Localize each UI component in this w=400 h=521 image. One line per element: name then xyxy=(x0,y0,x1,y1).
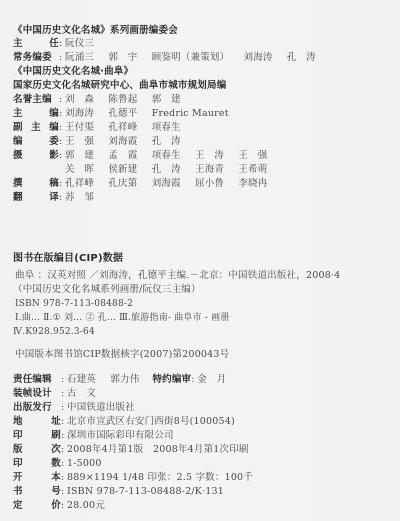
pub-row-book-number: 书 号 : ISBN 978-7-113-08488-2/K·131 xyxy=(13,486,224,498)
credit-row-deputy-editors: 副 主 编 : 王付渠 孔祥峰 项春生 xyxy=(13,122,192,134)
credit-row-writers: 撰 稿 : 孔祥峰 孔庆第 刘海霞 屈小鲁 李晓冉 xyxy=(13,178,278,190)
pub-value: 深圳市国际彩印有限公司 xyxy=(67,430,174,442)
pub-label: 出版发行 xyxy=(13,402,61,414)
credit-row-translator: 翻 译 : 苏 邹 xyxy=(13,192,105,204)
credit-label: 常务编委 xyxy=(13,52,59,64)
pub-label: 装帧设计 xyxy=(13,388,61,400)
pub-label: 特约编审 xyxy=(152,374,191,386)
pub-row-editors: 责任编辑 : 石建英 郭力伟 特约编审 : 金 月 xyxy=(13,374,237,386)
pub-label: 印 数 xyxy=(13,458,61,470)
credit-names: 刘 森 陈鲁起 郭 建 xyxy=(65,94,192,106)
pub-row-print-run: 印 数 : 1-5000 xyxy=(13,458,102,470)
pub-names: 石建英 郭力伟 xyxy=(67,374,150,386)
credit-label: 主 任 xyxy=(13,38,59,50)
credit-names: 王付渠 孔祥峰 项春生 xyxy=(65,122,192,134)
credit-names: 关 晖 侯新建 孔 涛 王海青 王希萌 xyxy=(65,164,278,176)
pub-names: 金 月 xyxy=(197,374,237,386)
pub-row-price: 定 价 : 28.00元 xyxy=(13,500,105,512)
pub-value: 古 文 xyxy=(67,388,96,400)
credit-row-editorial-board: 编 委 : 王 强 刘海霞 孔 涛 xyxy=(13,136,192,148)
pub-row-format: 开 本 : 889×1194 1/48 印张：2.5 字数：100千 xyxy=(13,472,253,484)
cip-line-2: （中国历史文化名城系列画册/阮仪三主编） xyxy=(13,284,201,296)
pub-row-address: 地 址 : 北京市宣武区右安门西街8号(100054) xyxy=(13,416,235,428)
pub-row-publisher: 出版发行 : 中国铁道出版社 xyxy=(13,402,135,414)
pub-value: ISBN 978-7-113-08488-2/K·131 xyxy=(67,486,224,498)
credit-names: 阮仪三 xyxy=(65,38,105,50)
pub-value: 28.00元 xyxy=(67,500,105,512)
pub-value: 北京市宣武区右安门西街8号(100054) xyxy=(67,416,235,428)
credit-row-director: 主 任 : 阮仪三 xyxy=(13,38,105,50)
pub-row-printer: 印 刷 : 深圳市国际彩印有限公司 xyxy=(13,430,174,442)
credit-row-chief-editors: 主 编 : 刘海涛 孔德平 Fredric Mauret xyxy=(13,108,240,120)
cip-isbn: ISBN 978-7-113-08488-2 xyxy=(15,298,133,310)
pub-value: 中国铁道出版社 xyxy=(67,402,135,414)
credit-label: 副 主 编 xyxy=(13,122,59,134)
credit-label: 翻 译 xyxy=(13,192,59,204)
pub-label: 书 号 xyxy=(13,486,61,498)
volume-title: 《中国历史文化名城·曲阜》 xyxy=(13,66,133,78)
volume-compiler: 国家历史文化名城研究中心、曲阜市城市规划局编 xyxy=(13,80,226,92)
pub-row-edition: 版 次 : 2008年4月第1版 2008年4月第1次印刷 xyxy=(13,444,249,456)
pub-value: 1-5000 xyxy=(67,458,102,470)
credit-row-photography-cont: 关 晖 侯新建 孔 涛 王海青 王希萌 xyxy=(13,164,278,176)
credit-names: 王 强 刘海霞 孔 涛 xyxy=(65,136,192,148)
cip-title: 图书在版编目(CIP)数据 xyxy=(13,253,123,265)
credit-names: 苏 邹 xyxy=(65,192,105,204)
pub-label: 版 次 xyxy=(13,444,61,456)
pub-label: 地 址 xyxy=(13,416,61,428)
cip-verification: 中国版本图书馆CIP数据核字(2007)第200043号 xyxy=(15,349,229,361)
credit-label: 名誉主编 xyxy=(13,94,59,106)
pub-label: 定 价 xyxy=(13,500,61,512)
cip-classification: Ⅰ.曲… Ⅱ.① 刘… ② 孔… Ⅲ.旅游指南- 曲阜市 - 画册 xyxy=(15,312,230,324)
credit-label: 摄 影 xyxy=(13,150,59,162)
credit-names: 郭 建 孟 霞 项春生 王 涛 王 强 xyxy=(65,150,278,162)
credit-names: 孔祥峰 孔庆第 刘海霞 屈小鲁 李晓冉 xyxy=(65,178,278,190)
credit-row-photography: 摄 影 : 郭 建 孟 霞 项春生 王 涛 王 强 xyxy=(13,150,278,162)
pub-label: 责任编辑 xyxy=(13,374,61,386)
series-committee-title: 《中国历史文化名城》系列画册编委会 xyxy=(13,25,178,37)
pub-label: 印 刷 xyxy=(13,430,61,442)
pub-label: 开 本 xyxy=(13,472,61,484)
pub-value: 889×1194 1/48 印张：2.5 字数：100千 xyxy=(67,472,253,484)
copyright-page: 《中国历史文化名城》系列画册编委会 主 任 : 阮仪三 常务编委 : 阮涌三 郭… xyxy=(0,0,400,521)
pub-value: 2008年4月第1版 2008年4月第1次印刷 xyxy=(67,444,249,456)
credit-label: 撰 稿 xyxy=(13,178,59,190)
credit-label: 编 委 xyxy=(13,136,59,148)
credit-label: 主 编 xyxy=(13,108,59,120)
cip-line-1: 曲阜 ：汉英对照 ／刘海涛，孔德平主编.－北京：中国铁道出版社，2008·4 xyxy=(15,270,340,282)
credit-names: 刘海涛 孔德平 Fredric Mauret xyxy=(65,108,240,120)
cip-clc: Ⅳ.K928.952.3-64 xyxy=(13,326,95,338)
credit-row-honorary-editors: 名誉主编 : 刘 森 陈鲁起 郭 建 xyxy=(13,94,192,106)
credit-row-standing-editors: 常务编委 : 阮涌三 郭 宇 顾鉴明（兼策划） 刘海涛 孔 涛 xyxy=(13,52,327,64)
credit-names: 阮涌三 郭 宇 顾鉴明（兼策划） 刘海涛 孔 涛 xyxy=(65,52,327,64)
pub-row-design: 装帧设计 : 古 文 xyxy=(13,388,96,400)
